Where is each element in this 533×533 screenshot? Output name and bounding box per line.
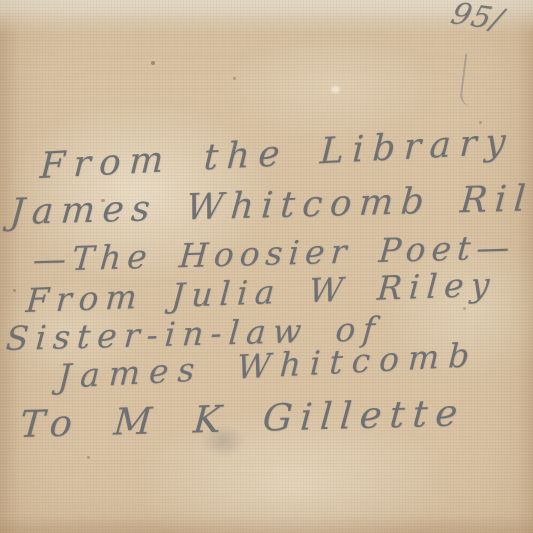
graphite-smudge [200,424,246,458]
foxing-speck [463,307,466,310]
aged-endpaper-photo: 95/ From the Library of James Whitcomb R… [0,0,533,533]
inscription-line-2: James Whitcomb Riley [8,177,533,233]
foxing-speck [151,61,155,65]
inscription-line-1: From the Library of [39,117,533,187]
foxing-speck [101,199,105,202]
bookseller-price-mark: 95/ [447,0,508,38]
foxing-speck [233,77,236,80]
paper-fleck [331,86,340,93]
foxing-speck [479,121,482,124]
foxing-speck [13,289,16,292]
stray-pencil-stroke [459,53,477,106]
foxing-speck [87,456,90,459]
